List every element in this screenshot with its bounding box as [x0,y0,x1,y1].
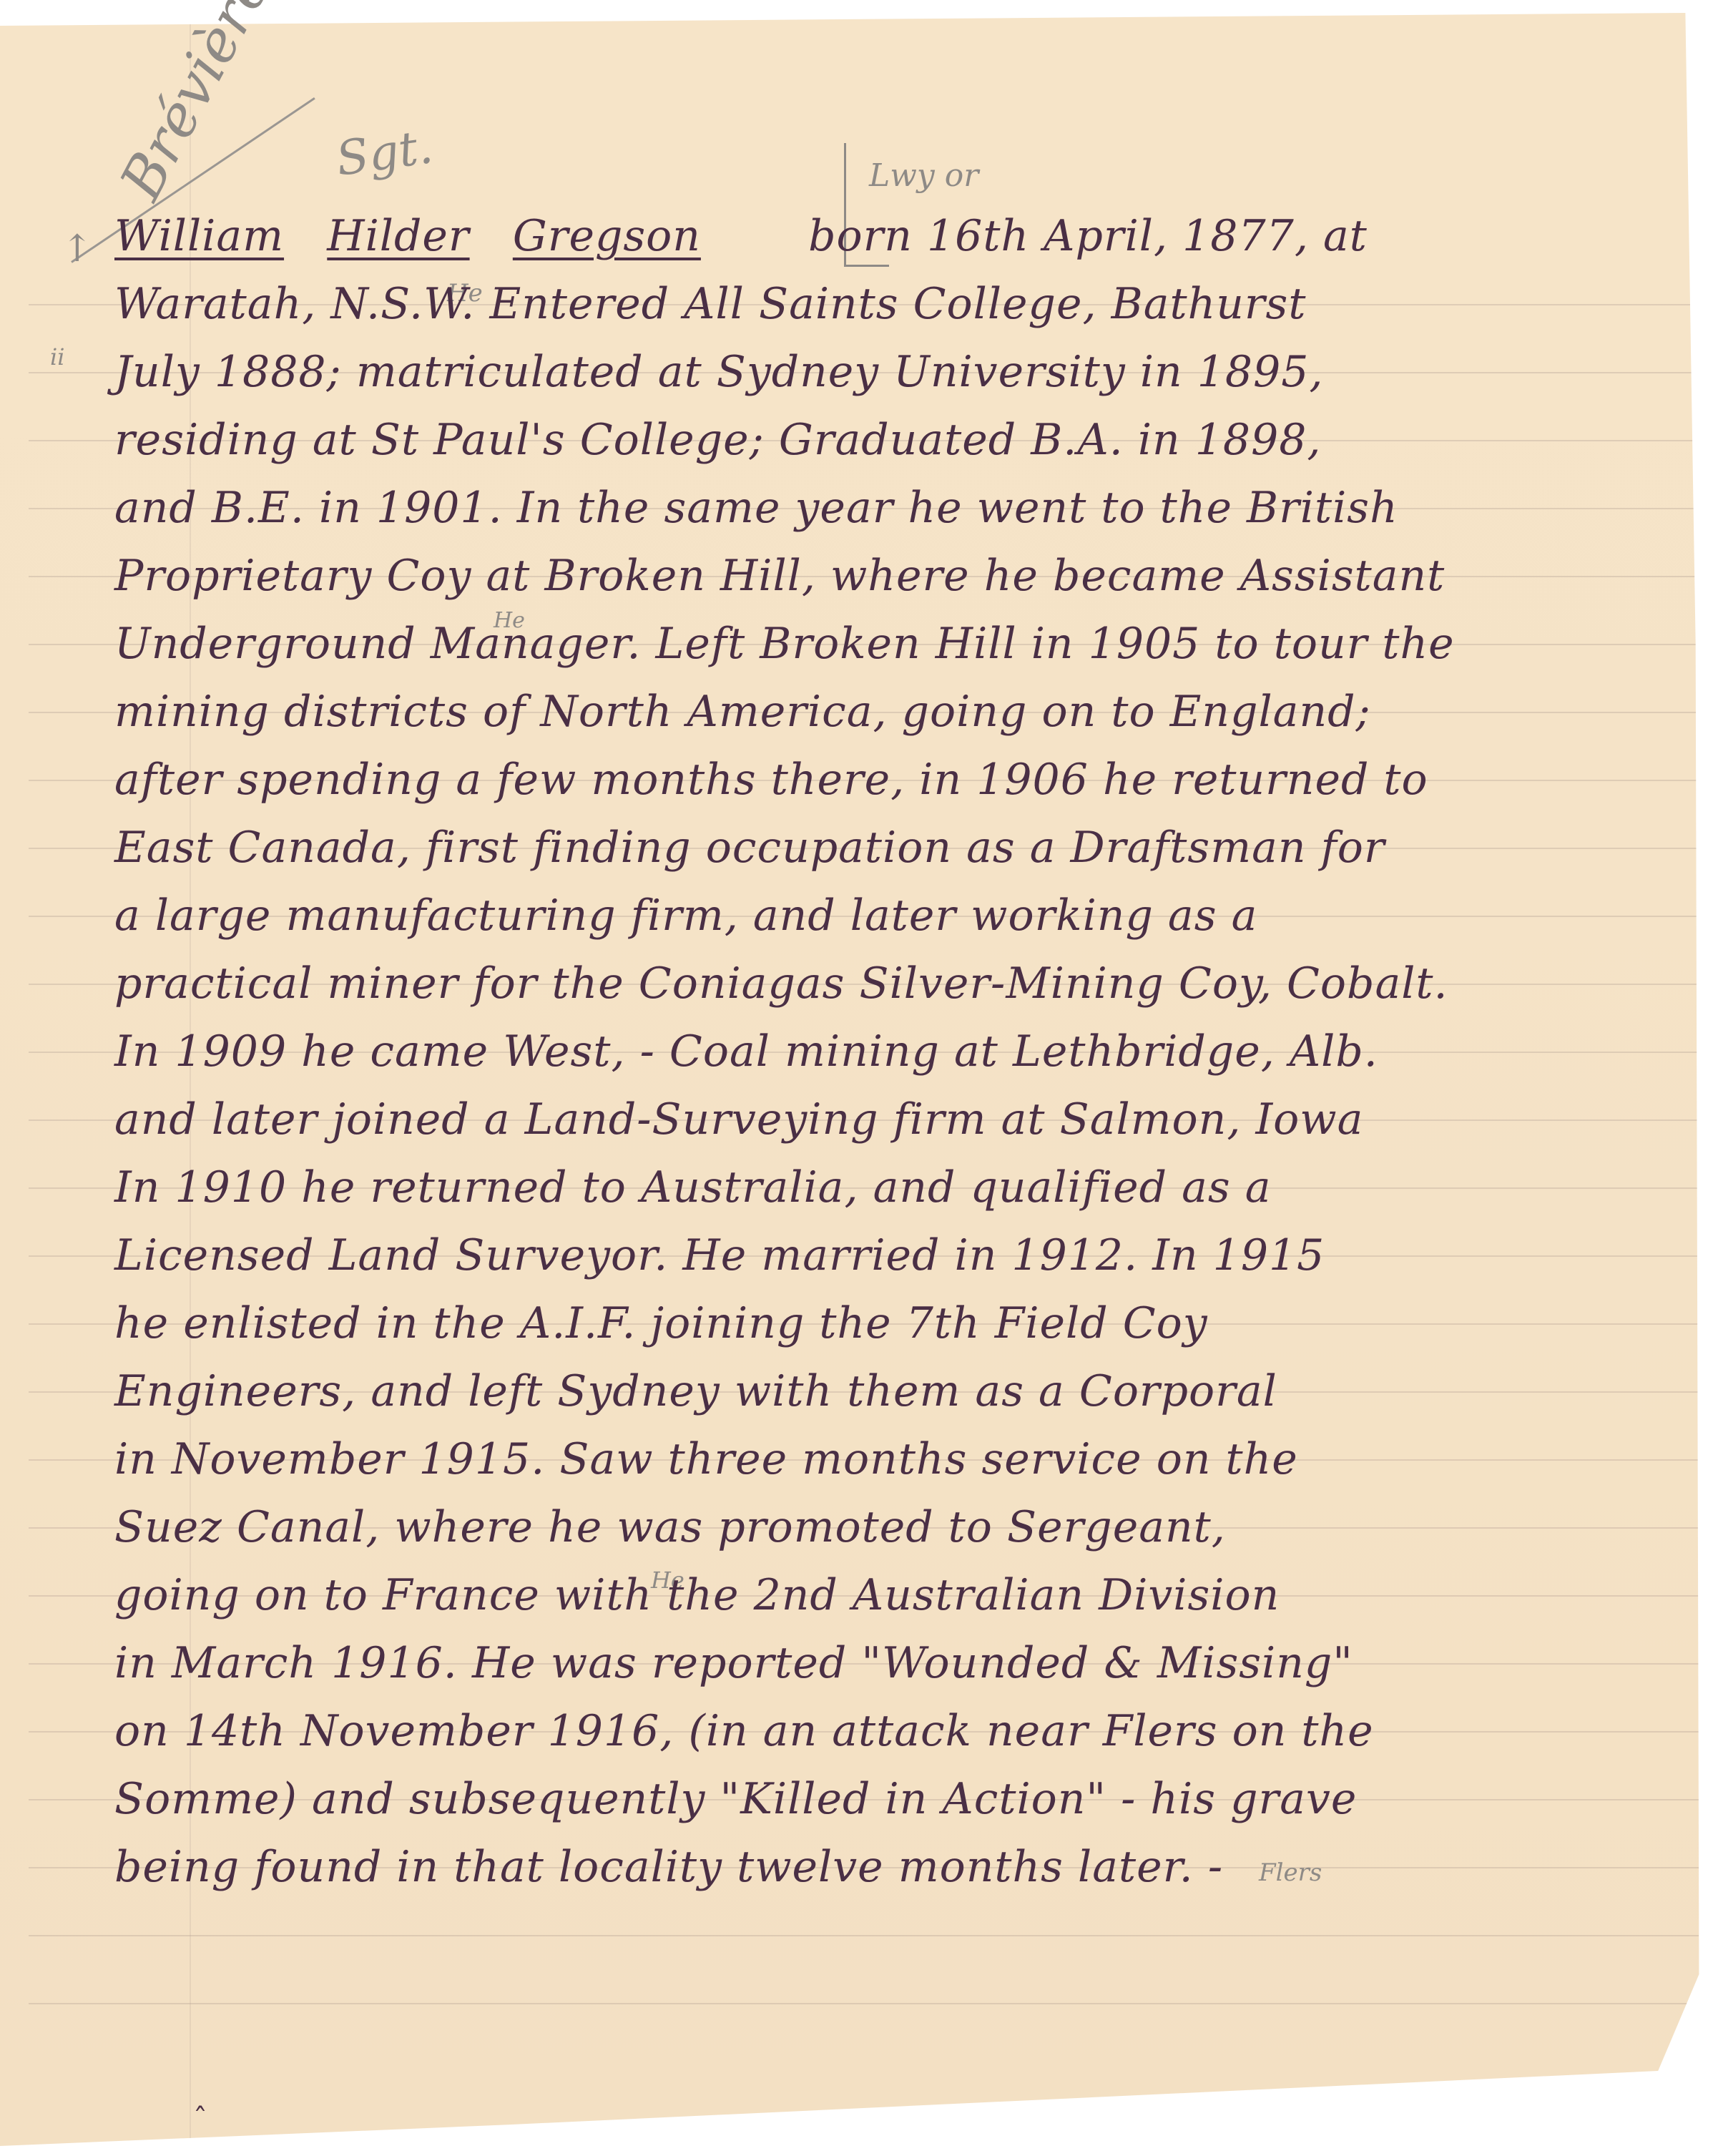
text-line: In 1909 he came West, - Coal mining at L… [114,1030,1378,1073]
text-line: after spending a few months there, in 19… [114,758,1428,801]
ink-mark: ˆ [193,2103,207,2136]
text-line: in March 1916. He was reported "Wounded … [114,1642,1353,1685]
pencil-arrow-head: ↑ [62,227,93,270]
pencil-margin-mark: ii [50,343,64,371]
text-line: In 1910 he returned to Australia, and qu… [114,1166,1271,1209]
text-line: mining districts of North America, going… [114,690,1371,733]
text-line: Engineers, and left Sydney with them as … [114,1370,1277,1413]
text-line: Suez Canal, where he was promoted to Ser… [114,1506,1226,1549]
heading-first-name: William [114,211,284,261]
text-line: Underground Manager. Left Broken Hill in… [114,622,1455,665]
text-line: on 14th November 1916, (in an attack nea… [114,1710,1374,1753]
text-line: East Canada, first finding occupation as… [114,826,1385,869]
heading-last-name: Gregson [513,211,701,261]
ruled-line [29,1935,1699,1936]
heading-line: William Hilder Gregson born 16th April, … [114,215,1368,258]
text-line: residing at St Paul's College; Graduated… [114,418,1322,461]
pencil-insert-place: Flers [1259,1858,1322,1887]
ruled-line [29,2003,1699,2004]
text-line: Waratah, N.S.W. Entered All Saints Colle… [114,283,1306,325]
text-line: July 1888; matriculated at Sydney Univer… [114,351,1324,393]
text-line: and later joined a Land-Surveying firm a… [114,1098,1363,1141]
text-line: going on to France with the 2nd Australi… [114,1574,1280,1617]
text-line: he enlisted in the A.I.F. joining the 7t… [114,1302,1208,1345]
text-line: Somme) and subsequently "Killed in Actio… [114,1778,1357,1821]
text-line: Licensed Land Surveyor. He married in 19… [114,1234,1325,1277]
heading-middle-name: Hilder [327,211,469,261]
text-line: being found in that locality twelve mont… [114,1846,1223,1888]
text-line: Proprietary Coy at Broken Hill, where he… [114,554,1445,597]
text-line: in November 1915. Saw three months servi… [114,1438,1298,1481]
text-line: and B.E. in 1901. In the same year he we… [114,486,1398,529]
text-line: born 16th April, 1877, at [808,211,1368,261]
text-line: a large manufacturing firm, and later wo… [114,894,1257,937]
text-line: practical miner for the Coniagas Silver-… [114,962,1448,1005]
